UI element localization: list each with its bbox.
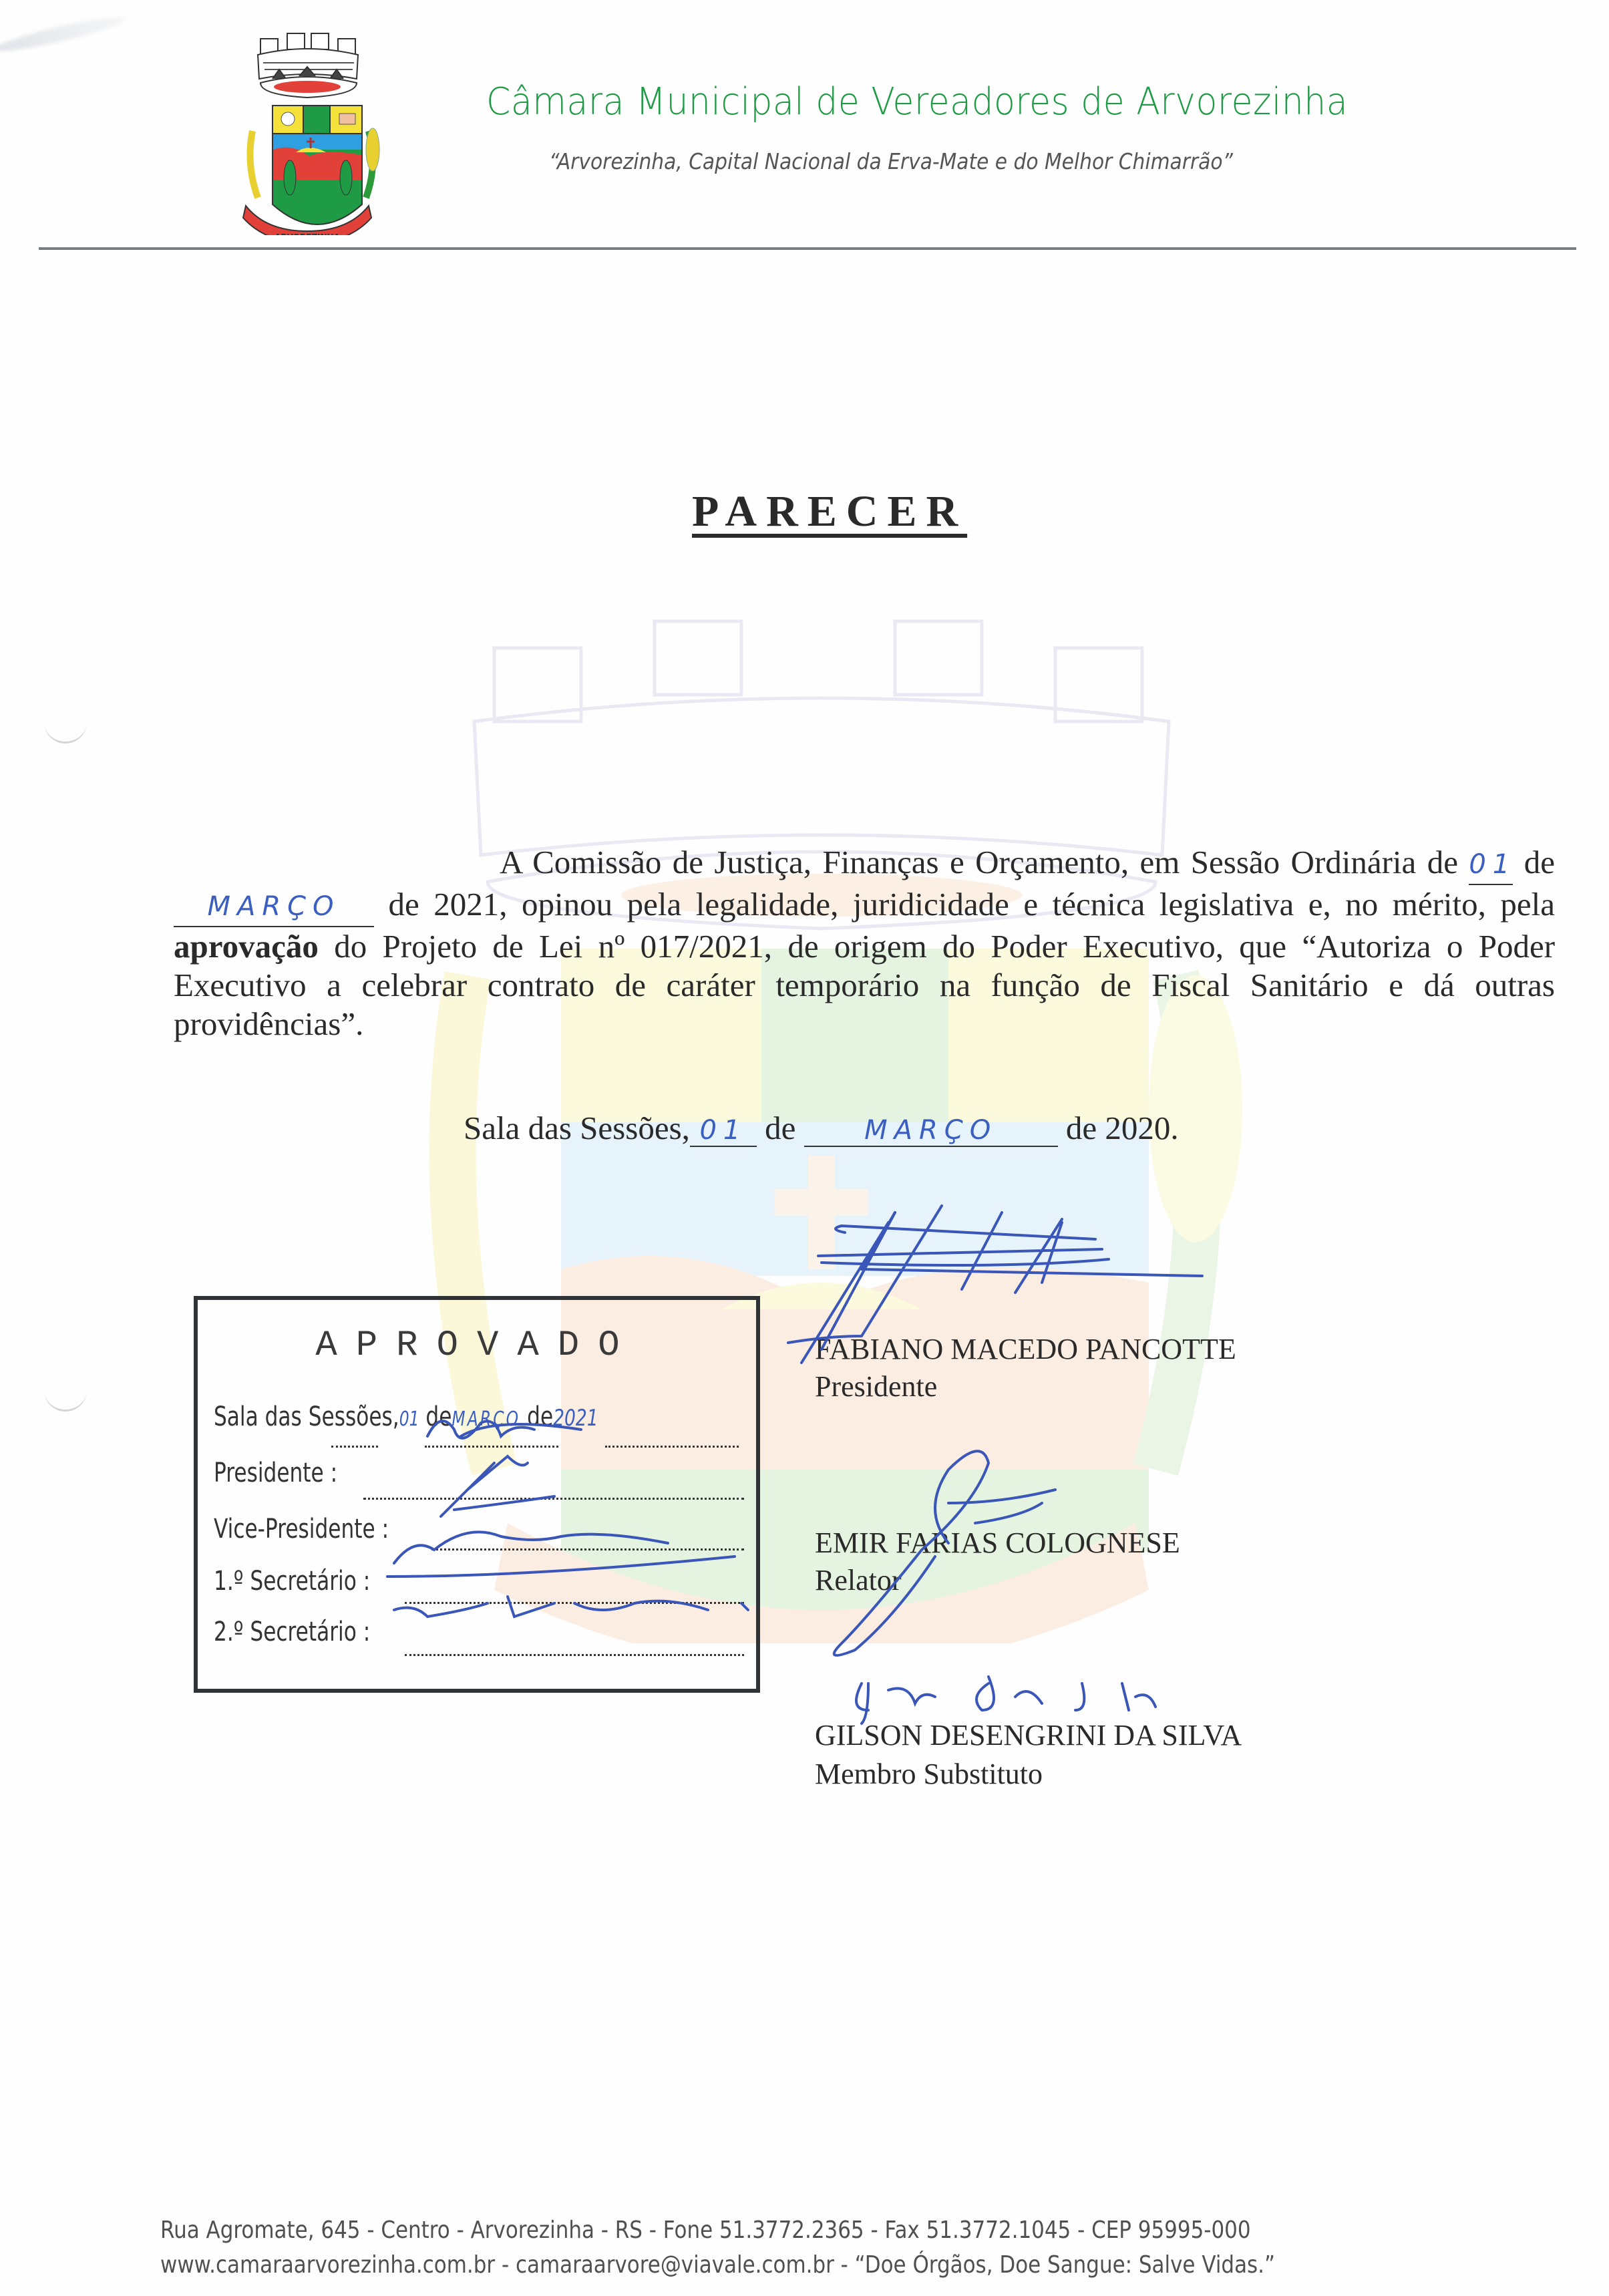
handwritten-day-field: 01 bbox=[1469, 845, 1513, 885]
stamp-title: APROVADO bbox=[198, 1325, 756, 1366]
stamp-president-label: Presidente : bbox=[214, 1458, 337, 1488]
body-text: do Projeto de Lei nº 017/2021, de origem… bbox=[174, 928, 1555, 1042]
signatory-role-relator: Relator bbox=[815, 1563, 902, 1597]
signatory-name-relator: EMIR FARIAS COLOGNESE bbox=[815, 1526, 1180, 1560]
stamp-first-secretary-label: 1.º Secretário : bbox=[214, 1566, 370, 1597]
stamp-vice-president-label: Vice-Presidente : bbox=[214, 1514, 389, 1544]
stamp-dotted-line bbox=[405, 1602, 744, 1604]
footer-contact: www.camaraarvorezinha.com.br - camaraarv… bbox=[160, 2251, 1275, 2279]
signatory-role-member: Membro Substituto bbox=[815, 1757, 1043, 1791]
stamp-session-month: MARÇO bbox=[452, 1408, 520, 1431]
body-bold-text: aprovação bbox=[174, 928, 319, 965]
document-title: PARECER bbox=[692, 486, 967, 537]
stamp-session-label: Sala das Sessões, bbox=[214, 1402, 399, 1432]
stamp-session-year: 2021 bbox=[553, 1405, 598, 1432]
svg-text:ARVOREZINHA: ARVOREZINHA bbox=[275, 232, 340, 235]
closing-suffix: de 2020. bbox=[1066, 1110, 1179, 1146]
signatory-name-member: GILSON DESENGRINI DA SILVA bbox=[815, 1718, 1242, 1752]
handwritten-month-field: MARÇO bbox=[174, 887, 374, 927]
closing-de: de bbox=[765, 1110, 795, 1146]
signature-member bbox=[856, 1677, 1155, 1724]
stamp-dotted-line bbox=[405, 1654, 744, 1656]
header-divider bbox=[39, 247, 1576, 250]
stamp-dotted-line bbox=[431, 1548, 744, 1550]
stamp-dotted-line bbox=[363, 1498, 744, 1500]
signatory-name-president: FABIANO MACEDO PANCOTTE bbox=[815, 1332, 1236, 1366]
body-paragraph: A Comissão de Justiça, Finanças e Orçame… bbox=[174, 843, 1555, 1043]
stamp-dotted-line bbox=[425, 1446, 558, 1448]
body-text: A Comissão de Justiça, Finanças e Orçame… bbox=[500, 844, 1458, 880]
body-text: de 2021, opinou pela legalidade, juridic… bbox=[389, 886, 1556, 923]
body-text: de bbox=[1524, 844, 1555, 880]
stamp-de: de bbox=[425, 1402, 452, 1432]
scan-streak bbox=[0, 12, 127, 56]
coat-of-arms-logo: ARVOREZINHA bbox=[226, 31, 389, 235]
closing-date-line: Sala das Sessões,01 de MARÇO de 2020. bbox=[464, 1109, 1179, 1147]
punch-hole-mark bbox=[44, 1388, 87, 1412]
institution-motto: “Arvorezinha, Capital Nacional da Erva-M… bbox=[549, 148, 1233, 174]
signatory-role-president: Presidente bbox=[815, 1369, 937, 1404]
stamp-session-day: 01 bbox=[399, 1408, 419, 1431]
stamp-second-secretary-label: 2.º Secretário : bbox=[214, 1617, 370, 1647]
approval-stamp: APROVADO Sala das Sessões,01 deMARÇO de2… bbox=[194, 1296, 760, 1693]
stamp-dotted-line bbox=[331, 1446, 378, 1448]
closing-prefix: Sala das Sessões, bbox=[464, 1110, 690, 1146]
institution-name: Câmara Municipal de Vereadores de Arvore… bbox=[486, 80, 1348, 124]
handwritten-month-field: MARÇO bbox=[804, 1115, 1058, 1147]
punch-hole-mark bbox=[44, 720, 87, 744]
handwritten-day-field: 01 bbox=[690, 1115, 757, 1147]
stamp-de: de bbox=[527, 1402, 553, 1432]
footer-address: Rua Agromate, 645 - Centro - Arvorezinha… bbox=[160, 2217, 1251, 2244]
stamp-session-row: Sala das Sessões,01 deMARÇO de2021 bbox=[214, 1402, 598, 1432]
stamp-dotted-line bbox=[605, 1446, 739, 1448]
